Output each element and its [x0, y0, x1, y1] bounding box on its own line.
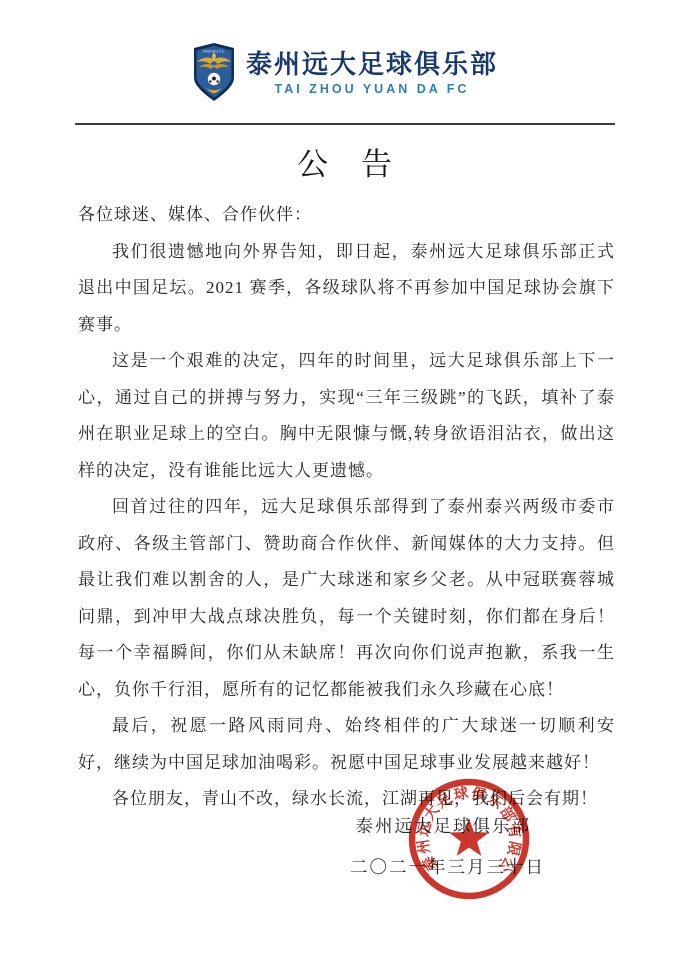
- club-name-zh: 泰州远大足球俱乐部: [246, 49, 498, 79]
- club-logo-text: 泰州远大足球俱乐部 TAI ZHOU YUAN DA FC: [246, 49, 498, 96]
- company-seal: 泰州远大足球俱乐部有限公司: [407, 777, 531, 901]
- document-body: 各位球迷、媒体、合作伙伴： 我们很遗憾地向外界告知，即日起，泰州远大足球俱乐部正…: [78, 197, 615, 818]
- salutation: 各位球迷、媒体、合作伙伴：: [78, 197, 615, 234]
- header-divider: [75, 123, 615, 125]
- seal-star-icon: [449, 818, 489, 856]
- club-badge-icon: TAIZHOU F.C.: [192, 40, 236, 104]
- document-title: 公 告: [0, 145, 690, 185]
- announcement-document: TAIZHOU F.C. 泰州远大足球俱乐部 TAI ZHOU YUAN DA …: [0, 0, 690, 975]
- paragraphs: 我们很遗憾地向外界告知，即日起，泰州远大足球俱乐部正式退出中国足坛。2021 赛…: [78, 234, 615, 818]
- paragraph: 这是一个艰难的决定，四年的时间里，远大足球俱乐部上下一心，通过自己的拼搏与努力，…: [78, 343, 615, 489]
- club-logo: TAIZHOU F.C. 泰州远大足球俱乐部 TAI ZHOU YUAN DA …: [0, 0, 690, 104]
- paragraph: 回首过往的四年，远大足球俱乐部得到了泰州泰兴两级市委市政府、各级主管部门、赞助商…: [78, 489, 615, 708]
- signature-block: 泰州远大足球俱乐部 二〇二一年三月三十日: [0, 812, 690, 881]
- paragraph: 最后，祝愿一路风雨同舟、始终相伴的广大球迷一切顺利安好，继续为中国足球加油喝彩。…: [78, 708, 615, 781]
- svg-text:泰州远大足球俱乐部有限公司: 泰州远大足球俱乐部有限公司: [407, 777, 525, 877]
- paragraph: 我们很遗憾地向外界告知，即日起，泰州远大足球俱乐部正式退出中国足坛。2021 赛…: [78, 234, 615, 344]
- club-name-en: TAI ZHOU YUAN DA FC: [275, 82, 470, 96]
- seal-company-text: 泰州远大足球俱乐部有限公司: [407, 777, 525, 877]
